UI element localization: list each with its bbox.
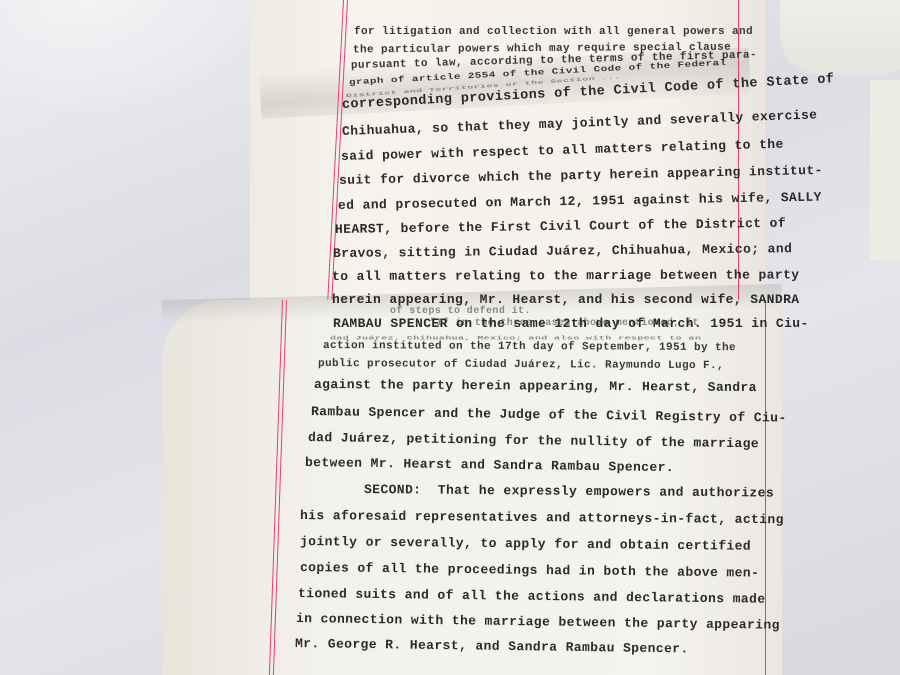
text-line: action instituted on the 17th day of Sep… <box>323 340 736 354</box>
text-line: herein appearing, Mr. Hearst, and his se… <box>332 292 799 307</box>
background-paper-edge-right <box>870 80 900 260</box>
background-paper-edge <box>780 0 900 75</box>
text-line: public prosecutor of Ciudad Juárez, Lic.… <box>318 358 724 372</box>
text-line: against the party herein appearing, Mr. … <box>314 377 757 395</box>
text-line: for litigation and collection with all g… <box>354 26 753 38</box>
text-line: RAMBAU SPENCER on the same 12th day of M… <box>333 316 809 331</box>
text-line: to all matters relating to the marriage … <box>332 267 800 284</box>
document-text: for litigation and collection with all g… <box>0 0 19 630</box>
